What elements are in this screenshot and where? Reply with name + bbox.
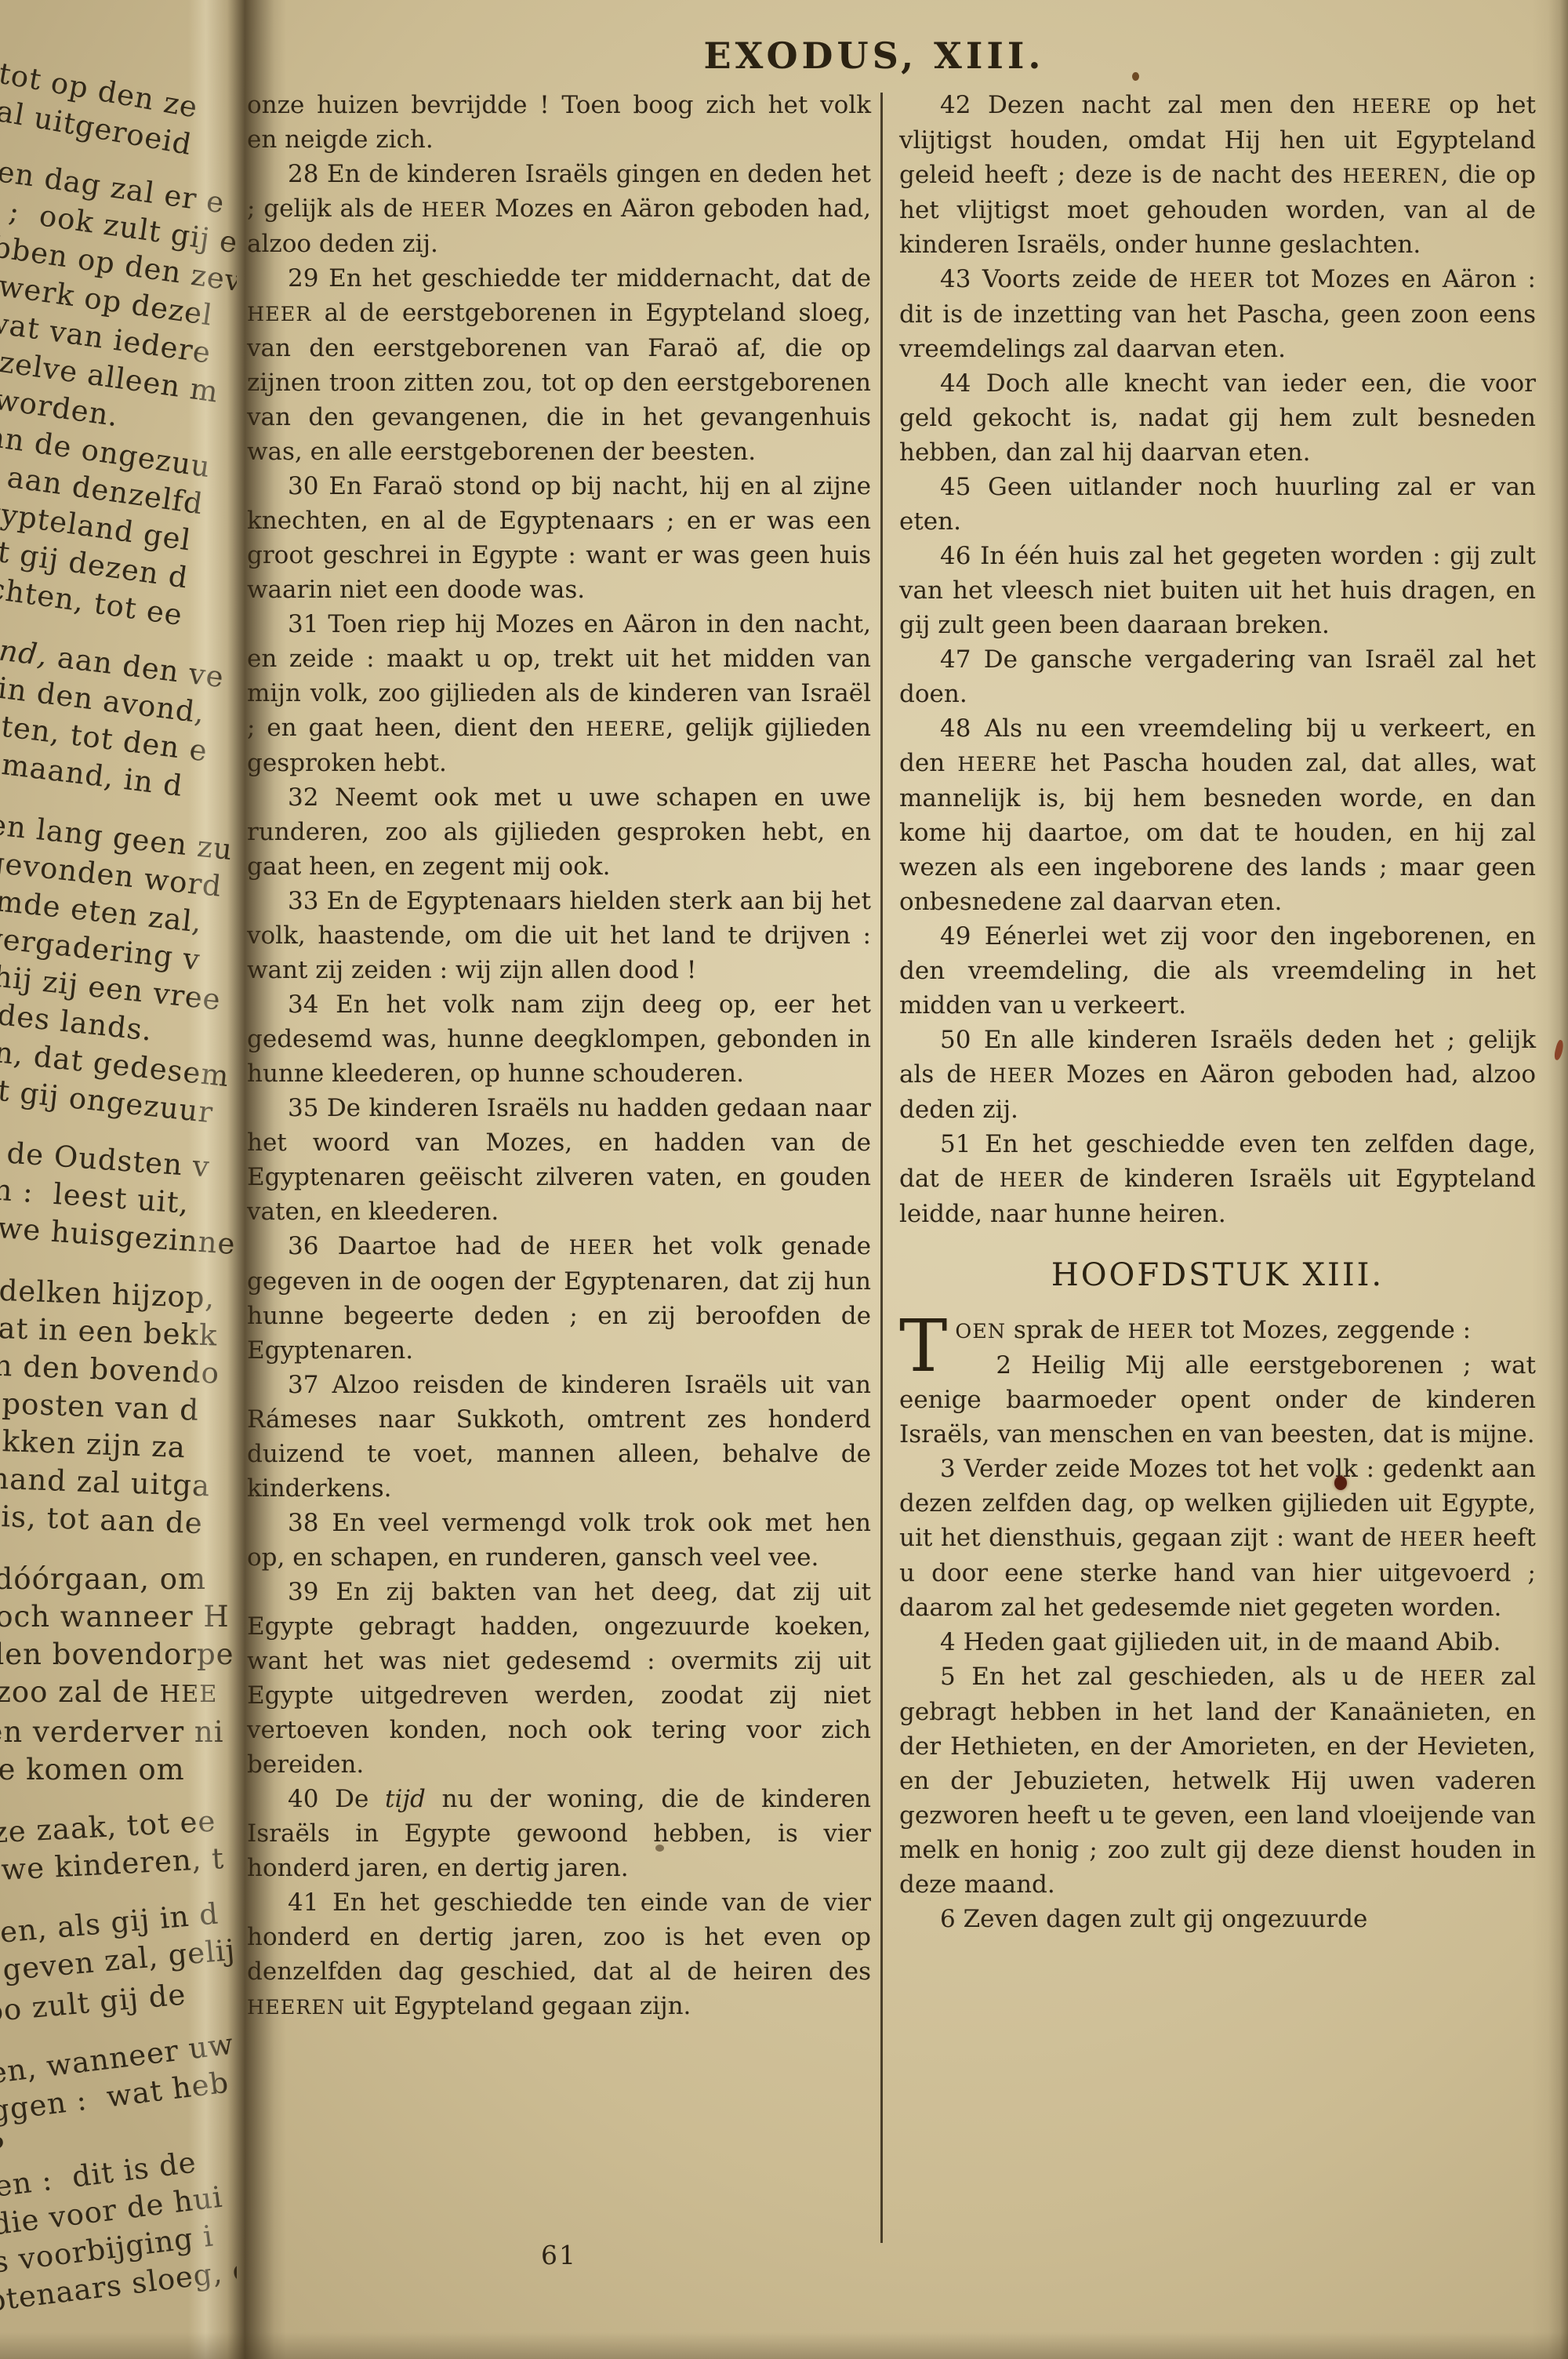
verse-paragraph: 5 En het zal geschieden, als u de HEER z… bbox=[899, 1659, 1536, 1902]
verse-paragraph: 36 Daartoe had de HEER het volk genade g… bbox=[247, 1229, 871, 1368]
book-gutter-shadow bbox=[188, 0, 286, 2359]
verse-paragraph: 28 En de kinderen Israëls gingen en dede… bbox=[247, 157, 871, 261]
verse-paragraph: 30 En Faraö stond op bij nacht, hij en a… bbox=[247, 469, 871, 607]
page-number: 61 bbox=[247, 2240, 871, 2270]
verse-paragraph: 41 En het geschiedde ten einde van de vi… bbox=[247, 1885, 871, 2024]
verse-paragraph: 48 Als nu een vreemdeling bij u verkeert… bbox=[899, 711, 1536, 919]
verse-paragraph: 44 Doch alle knecht van ieder een, die v… bbox=[899, 366, 1536, 470]
ink-blot bbox=[1132, 72, 1139, 81]
verse-paragraph: 50 En alle kinderen Israëls deden het ; … bbox=[899, 1023, 1536, 1127]
column-divider-rule bbox=[880, 93, 883, 2243]
right-column-top: 42 Dezen nacht zal men den HEERE op het … bbox=[899, 88, 1536, 1231]
verse-paragraph: 4 Heden gaat gijlieden uit, in de maand … bbox=[899, 1625, 1536, 1659]
verse-paragraph: 3 Verder zeide Mozes tot het volk : gede… bbox=[899, 1452, 1536, 1625]
verse-paragraph: 29 En het geschiedde ter middernacht, da… bbox=[247, 261, 871, 469]
verse-paragraph: 51 En het geschiedde even ten zelfden da… bbox=[899, 1127, 1536, 1231]
ink-blot bbox=[1334, 1476, 1347, 1490]
main-page: EXODUS, XIII. onze huizen bevrijdde ! To… bbox=[239, 0, 1568, 2359]
verse-paragraph: 42 Dezen nacht zal men den HEERE op het … bbox=[899, 88, 1536, 262]
right-column: 42 Dezen nacht zal men den HEERE op het … bbox=[899, 88, 1536, 1936]
verse-paragraph: 35 De kinderen Israëls nu hadden gedaan … bbox=[247, 1091, 871, 1229]
page-title: EXODUS, XIII. bbox=[247, 35, 1501, 77]
verse-1-text: OEN sprak de HEER tot Mozes, zeggende : bbox=[955, 1316, 1471, 1344]
verse-paragraph: 40 De tijd nu der woning, die de kindere… bbox=[247, 1782, 871, 1885]
dropcap-initial: T bbox=[899, 1313, 955, 1376]
verse-paragraph: 33 En de Egyptenaars hielden sterk aan b… bbox=[247, 884, 871, 987]
verse-paragraph: 39 En zij bakten van het deeg, dat zij u… bbox=[247, 1575, 871, 1782]
verse-paragraph: 37 Alzoo reisden de kinderen Israëls uit… bbox=[247, 1368, 871, 1506]
verse-paragraph: onze huizen bevrijdde ! Toen boog zich h… bbox=[247, 88, 871, 157]
verse-paragraph: 31 Toen riep hij Mozes en Aäron in den n… bbox=[247, 607, 871, 780]
verse-paragraph: 32 Neemt ook met u uwe schapen en uwe ru… bbox=[247, 780, 871, 884]
verse-paragraph: 45 Geen uitlander noch huurling zal er v… bbox=[899, 470, 1536, 539]
chapter-heading: HOOFDSTUK XIII. bbox=[899, 1258, 1536, 1292]
verse-paragraph: 49 Eénerlei wet zij voor den ingeborenen… bbox=[899, 919, 1536, 1023]
page-right-edge-shadow bbox=[1532, 0, 1568, 2359]
scanned-bible-page: af tot op den zee zal uitgeroeidten dag … bbox=[0, 0, 1568, 2359]
ink-blot bbox=[655, 1845, 664, 1852]
right-column-bottom: 2 Heilig Mij alle eerstgeborenen ; wat e… bbox=[899, 1348, 1536, 1936]
verse-paragraph: 43 Voorts zeide de HEER tot Mozes en Aär… bbox=[899, 262, 1536, 366]
verse-1-paragraph: TOEN sprak de HEER tot Mozes, zeggende : bbox=[899, 1313, 1536, 1348]
verse-paragraph: 47 De gansche vergadering van Israël zal… bbox=[899, 642, 1536, 711]
verse-paragraph: 34 En het volk nam zijn deeg op, eer het… bbox=[247, 987, 871, 1091]
verse-paragraph: 46 In één huis zal het gegeten worden : … bbox=[899, 539, 1536, 642]
verse-paragraph: 2 Heilig Mij alle eerstgeborenen ; wat e… bbox=[899, 1348, 1536, 1452]
page-bottom-edge-shadow bbox=[0, 2332, 1568, 2359]
middle-column: onze huizen bevrijdde ! Toen boog zich h… bbox=[247, 88, 871, 2024]
verse-paragraph: 38 En veel vermengd volk trok ook met he… bbox=[247, 1506, 871, 1575]
verse-paragraph: 6 Zeven dagen zult gij ongezuurde bbox=[899, 1902, 1536, 1936]
